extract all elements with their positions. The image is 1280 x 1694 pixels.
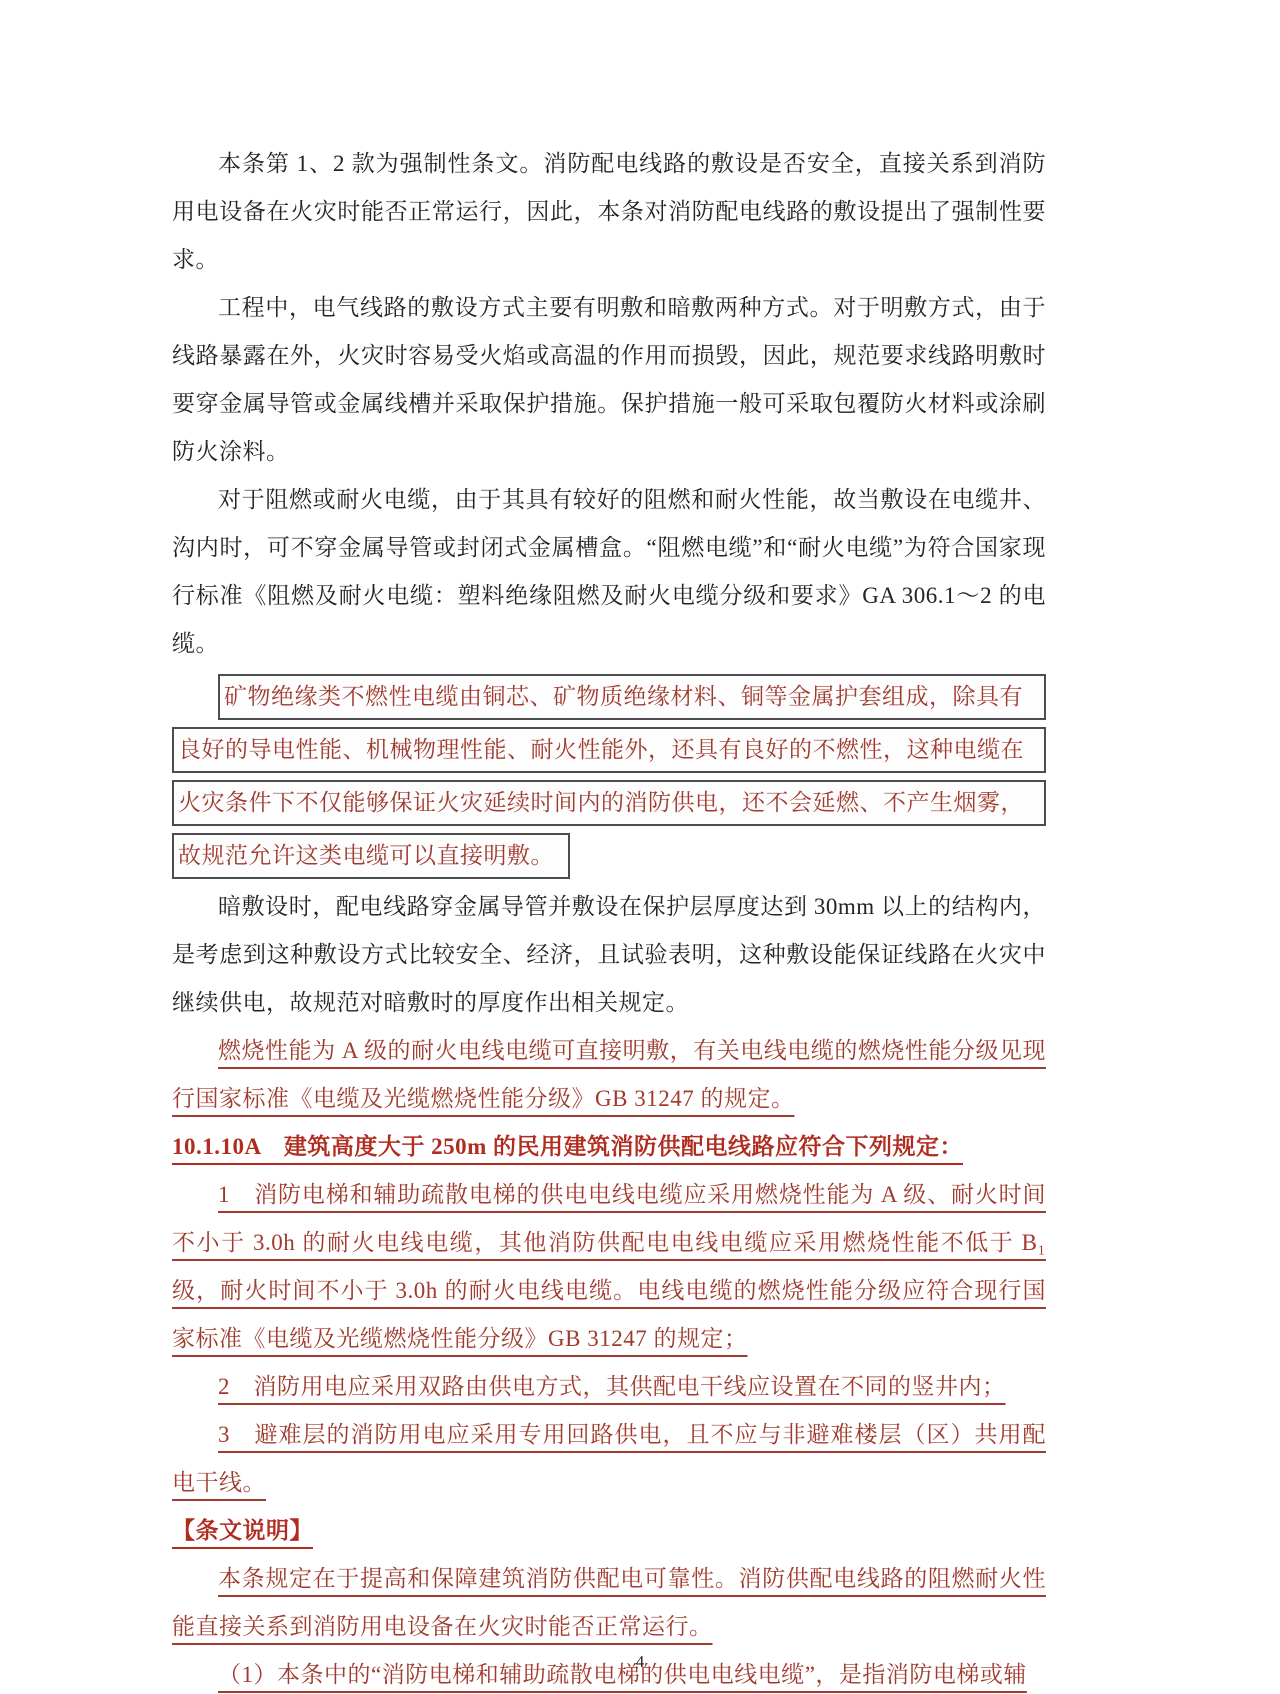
- paragraph-class-a-cables: 燃烧性能为 A 级的耐火电线电缆可直接明敷，有关电线电缆的燃烧性能分级见现行国家…: [172, 1027, 1046, 1123]
- revision-box-line-1: 矿物绝缘类不燃性电缆由铜芯、矿物质绝缘材料、铜等金属护套组成，除具有: [218, 674, 1046, 720]
- page-number: 4: [0, 1652, 1280, 1672]
- heading-clause-explanation: 【条文说明】: [172, 1507, 1046, 1555]
- paragraph-mandatory-clause: 本条第 1、2 款为强制性条文。消防配电线路的敷设是否安全，直接关系到消防用电设…: [172, 140, 1046, 284]
- revision-box-line-3: 火灾条件下不仅能够保证火灾延续时间内的消防供电，还不会延燃、不产生烟雾，: [172, 780, 1046, 826]
- revision-box-group: 矿物绝缘类不燃性电缆由铜芯、矿物质绝缘材料、铜等金属护套组成，除具有 良好的导电…: [172, 674, 1046, 879]
- paragraph-cable-standards: 对于阻燃或耐火电缆，由于其具有较好的阻燃和耐火性能，故当敷设在电缆井、沟内时，可…: [172, 476, 1046, 668]
- document-page: 本条第 1、2 款为强制性条文。消防配电线路的敷设是否安全，直接关系到消防用电设…: [0, 0, 1280, 1694]
- heading-clause-10-1-10A: 10.1.10A 建筑高度大于 250m 的民用建筑消防供配电线路应符合下列规定…: [172, 1123, 1046, 1171]
- revision-box-line-4: 故规范允许这类电缆可以直接明敷。: [172, 833, 570, 879]
- paragraph-laying-methods: 工程中，电气线路的敷设方式主要有明敷和暗敷两种方式。对于明敷方式，由于线路暴露在…: [172, 284, 1046, 476]
- document-body: 本条第 1、2 款为强制性条文。消防配电线路的敷设是否安全，直接关系到消防用电设…: [172, 140, 1046, 1694]
- paragraph-explanation-reliability: 本条规定在于提高和保障建筑消防供配电可靠性。消防供配电线路的阻燃耐火性能直接关系…: [172, 1555, 1046, 1651]
- revision-box-line-2: 良好的导电性能、机械物理性能、耐火性能外，还具有良好的不燃性，这种电缆在: [172, 727, 1046, 773]
- clause-item-1: 1 消防电梯和辅助疏散电梯的供电电线电缆应采用燃烧性能为 A 级、耐火时间不小于…: [172, 1171, 1046, 1363]
- paragraph-concealed-laying: 暗敷设时，配电线路穿金属导管并敷设在保护层厚度达到 30mm 以上的结构内，是考…: [172, 883, 1046, 1027]
- clause-item-2: 2 消防用电应采用双路由供电方式，其供配电干线应设置在不同的竖井内；: [172, 1363, 1046, 1411]
- clause-item-3: 3 避难层的消防用电应采用专用回路供电，且不应与非避难楼层（区）共用配电干线。: [172, 1411, 1046, 1507]
